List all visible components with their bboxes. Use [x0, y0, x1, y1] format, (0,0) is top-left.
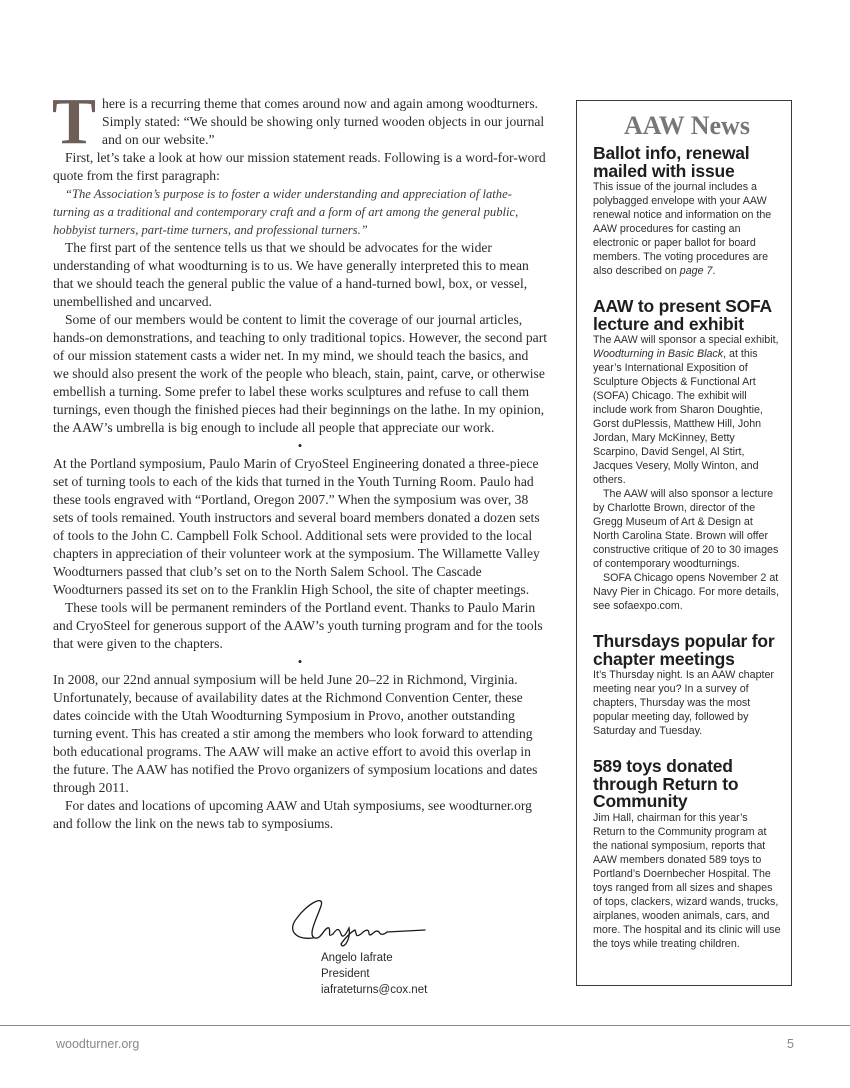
- signature-icon: [285, 888, 430, 948]
- signer-name: Angelo Iafrate: [321, 950, 427, 966]
- paragraph-second-part: Some of our members would be content to …: [53, 311, 547, 437]
- news-body: This issue of the journal includes a pol…: [593, 180, 781, 278]
- paragraph-portland: At the Portland symposium, Paulo Marin o…: [53, 455, 547, 599]
- news-item-thursdays: Thursdays popular for chapter meetings I…: [593, 633, 781, 738]
- paragraph-dates-link: For dates and locations of upcoming AAW …: [53, 797, 547, 833]
- paragraph-mission: First, let’s take a look at how our miss…: [53, 149, 547, 185]
- signature-text: Angelo Iafrate President iafrateturns@co…: [321, 950, 427, 998]
- mission-quote: “The Association’s purpose is to foster …: [53, 185, 547, 239]
- news-item-sofa: AAW to present SOFA lecture and exhibit …: [593, 298, 781, 613]
- signer-title: President: [321, 966, 427, 982]
- news-headline: Thursdays popular for chapter meetings: [593, 633, 781, 668]
- page-number: 5: [787, 1037, 794, 1051]
- intro-text: here is a recurring theme that comes aro…: [102, 96, 544, 147]
- signature-block: Angelo Iafrate President iafrateturns@co…: [285, 888, 485, 948]
- news-headline: Ballot info, renewal mailed with issue: [593, 145, 781, 180]
- aaw-news-sidebar: AAW News Ballot info, renewal mailed wit…: [576, 100, 792, 986]
- section-separator: •: [53, 437, 547, 455]
- news-title: AAW News: [593, 109, 781, 143]
- president-letter: There is a recurring theme that comes ar…: [53, 95, 547, 833]
- intro-paragraph: There is a recurring theme that comes ar…: [53, 95, 547, 149]
- section-separator: •: [53, 653, 547, 671]
- news-headline: AAW to present SOFA lecture and exhibit: [593, 298, 781, 333]
- news-body: The AAW will also sponsor a lecture by C…: [593, 487, 781, 571]
- news-item-toys: 589 toys donated through Return to Commu…: [593, 758, 781, 951]
- news-item-ballot: Ballot info, renewal mailed with issue T…: [593, 145, 781, 278]
- news-body: Jim Hall, chairman for this year’s Retur…: [593, 811, 781, 951]
- signer-email[interactable]: iafrateturns@cox.net: [321, 982, 427, 998]
- news-headline: 589 toys donated through Return to Commu…: [593, 758, 781, 811]
- news-body: SOFA Chicago opens November 2 at Navy Pi…: [593, 571, 781, 613]
- footer-divider: [0, 1025, 850, 1026]
- footer-site[interactable]: woodturner.org: [56, 1037, 139, 1051]
- paragraph-first-part: The first part of the sentence tells us …: [53, 239, 547, 311]
- news-body: The AAW will sponsor a special exhibit, …: [593, 333, 781, 487]
- paragraph-2008-symposium: In 2008, our 22nd annual symposium will …: [53, 671, 547, 797]
- news-body: It’s Thursday night. Is an AAW chapter m…: [593, 668, 781, 738]
- drop-cap: T: [52, 97, 96, 149]
- paragraph-tools-thanks: These tools will be permanent reminders …: [53, 599, 547, 653]
